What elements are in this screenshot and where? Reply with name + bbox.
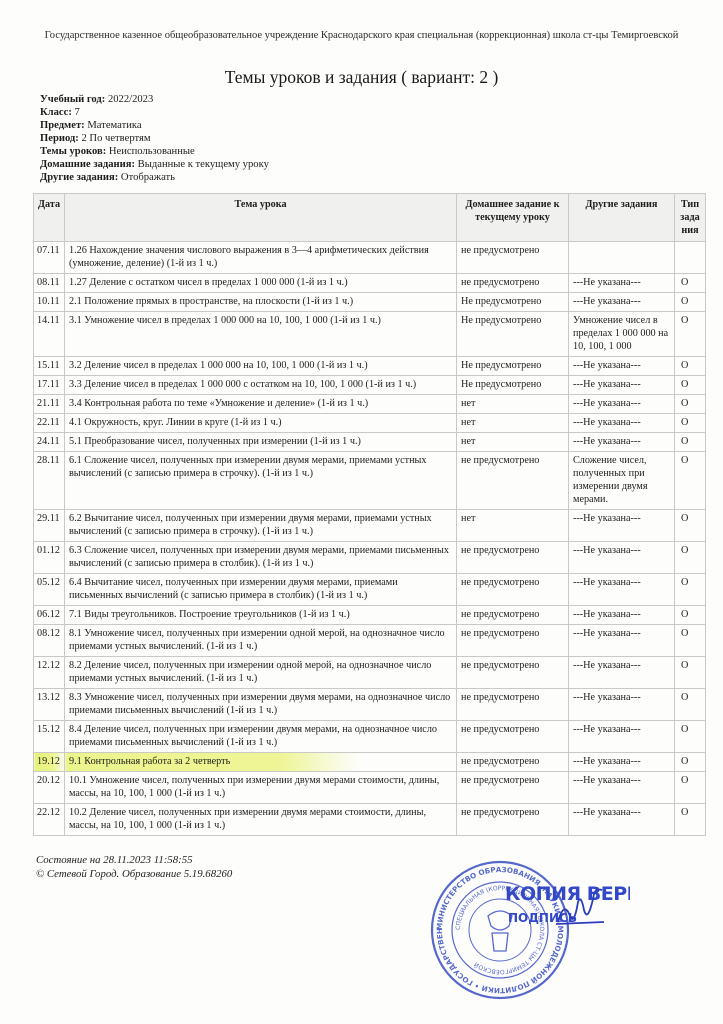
table-row: 06.127.1 Виды треугольников. Построение … (34, 606, 706, 625)
task-type-cell: O (675, 772, 706, 804)
table-row: 21.113.4 Контрольная работа по теме «Умн… (34, 395, 706, 414)
table-row: 07.111.26 Нахождение значения числового … (34, 242, 706, 274)
task-type-cell: O (675, 657, 706, 689)
parameter-value: Неиспользованные (106, 146, 194, 157)
table-row: 22.114.1 Окружность, круг. Линии в круге… (34, 414, 706, 433)
task-type-cell: O (675, 753, 706, 772)
lesson-topic: 8.2 Деление чисел, полученных при измере… (65, 657, 457, 689)
parameter-label: Класс: (40, 107, 72, 118)
task-type-cell: O (675, 433, 706, 452)
lesson-topic: 3.1 Умножение чисел в пределах 1 000 000… (65, 312, 457, 357)
parameter-value: 2 По четвертям (79, 133, 151, 144)
lesson-date: 14.11 (34, 312, 65, 357)
column-header-other-tasks: Другие задания (569, 194, 675, 242)
lesson-topic: 4.1 Окружность, круг. Линии в круге (1-й… (65, 414, 457, 433)
table-row: 17.113.3 Деление чисел в пределах 1 000 … (34, 376, 706, 395)
homework-cell: не предусмотрено (457, 753, 569, 772)
parameter-label: Темы уроков: (40, 146, 106, 157)
table-row: 13.128.3 Умножение чисел, полученных при… (34, 689, 706, 721)
column-header-date: Дата (34, 194, 65, 242)
task-type-cell: O (675, 452, 706, 510)
task-type-cell: O (675, 510, 706, 542)
homework-cell: нет (457, 433, 569, 452)
lesson-topic: 10.1 Умножение чисел, полученных при изм… (65, 772, 457, 804)
lesson-date: 19.12 (34, 753, 65, 772)
homework-cell: не предусмотрено (457, 542, 569, 574)
other-tasks-cell: ---Не указана--- (569, 753, 675, 772)
other-tasks-cell: ---Не указана--- (569, 606, 675, 625)
other-tasks-cell: ---Не указана--- (569, 357, 675, 376)
lesson-date: 08.11 (34, 274, 65, 293)
table-row: 08.128.1 Умножение чисел, полученных при… (34, 625, 706, 657)
table-row: 19.129.1 Контрольная работа за 2 четверт… (34, 753, 706, 772)
task-type-header-text: Типзадания (680, 199, 699, 236)
task-type-cell: O (675, 312, 706, 357)
copyright: © Сетевой Город. Образование 5.19.68260 (36, 867, 232, 881)
lesson-topic: 7.1 Виды треугольников. Построение треуг… (65, 606, 457, 625)
homework-cell: не предусмотрено (457, 804, 569, 836)
task-type-cell: O (675, 395, 706, 414)
parameter-label: Домашние задания: (40, 159, 135, 170)
lesson-date: 22.11 (34, 414, 65, 433)
parameter-label: Учебный год: (40, 94, 105, 105)
table-row: 10.112.1 Положение прямых в пространстве… (34, 293, 706, 312)
homework-cell: не предусмотрено (457, 242, 569, 274)
lesson-topic: 8.1 Умножение чисел, полученных при изме… (65, 625, 457, 657)
lesson-topic: 5.1 Преобразование чисел, полученных при… (65, 433, 457, 452)
organization-name: Государственное казенное общеобразовател… (40, 29, 683, 42)
table-row: 24.115.1 Преобразование чисел, полученны… (34, 433, 706, 452)
lesson-date: 12.12 (34, 657, 65, 689)
lesson-date: 17.11 (34, 376, 65, 395)
parameter-row: Другие задания: Отображать (40, 171, 269, 184)
other-tasks-cell (569, 242, 675, 274)
other-tasks-cell: Умножение чисел в пределах 1 000 000 на … (569, 312, 675, 357)
homework-cell: не предусмотрено (457, 625, 569, 657)
column-header-topic: Тема урока (65, 194, 457, 242)
table-row: 20.1210.1 Умножение чисел, полученных пр… (34, 772, 706, 804)
page-title: Темы уроков и задания ( вариант: 2 ) (0, 67, 723, 88)
parameter-value: Математика (85, 120, 142, 131)
lesson-date: 13.12 (34, 689, 65, 721)
parameter-row: Учебный год: 2022/2023 (40, 93, 269, 106)
other-tasks-cell: ---Не указана--- (569, 657, 675, 689)
parameter-row: Предмет: Математика (40, 119, 269, 132)
task-type-cell: O (675, 293, 706, 312)
lesson-date: 10.11 (34, 293, 65, 312)
lesson-date: 05.12 (34, 574, 65, 606)
lesson-topic: 1.27 Деление с остатком чисел в пределах… (65, 274, 457, 293)
lesson-date: 01.12 (34, 542, 65, 574)
table-row: 08.111.27 Деление с остатком чисел в пре… (34, 274, 706, 293)
homework-cell: не предусмотрено (457, 274, 569, 293)
lesson-topic: 1.26 Нахождение значения числового выраж… (65, 242, 457, 274)
other-tasks-cell: ---Не указана--- (569, 510, 675, 542)
other-tasks-cell: ---Не указана--- (569, 772, 675, 804)
lesson-topic: 8.3 Умножение чисел, полученных при изме… (65, 689, 457, 721)
status-timestamp: Состояние на 28.11.2023 11:58:55 (36, 853, 232, 867)
report-parameters: Учебный год: 2022/2023Класс: 7Предмет: М… (40, 93, 269, 184)
task-type-cell: O (675, 625, 706, 657)
homework-cell: нет (457, 414, 569, 433)
other-tasks-cell: ---Не указана--- (569, 433, 675, 452)
other-tasks-cell: ---Не указана--- (569, 804, 675, 836)
homework-cell: не предусмотрено (457, 689, 569, 721)
parameter-value: 2022/2023 (105, 94, 153, 105)
parameter-row: Период: 2 По четвертям (40, 132, 269, 145)
parameter-label: Предмет: (40, 120, 85, 131)
table-row: 05.126.4 Вычитание чисел, полученных при… (34, 574, 706, 606)
lesson-topic: 6.2 Вычитание чисел, полученных при изме… (65, 510, 457, 542)
other-tasks-cell: ---Не указана--- (569, 721, 675, 753)
task-type-cell: O (675, 274, 706, 293)
table-row: 12.128.2 Деление чисел, полученных при и… (34, 657, 706, 689)
lesson-topic: 10.2 Деление чисел, полученных при измер… (65, 804, 457, 836)
lesson-date: 15.12 (34, 721, 65, 753)
lesson-date: 20.12 (34, 772, 65, 804)
column-header-task-type: Типзадания (675, 194, 706, 242)
table-header-row: Дата Тема урока Домашнее задание к текущ… (34, 194, 706, 242)
task-type-cell: O (675, 574, 706, 606)
lesson-topic: 6.3 Сложение чисел, полученных при измер… (65, 542, 457, 574)
lesson-date: 06.12 (34, 606, 65, 625)
other-tasks-cell: ---Не указана--- (569, 395, 675, 414)
table-row: 15.128.4 Деление чисел, полученных при и… (34, 721, 706, 753)
official-stamp: МИНИСТЕРСТВО ОБРАЗОВАНИЯ, НАУКИ И МОЛОДЕ… (430, 838, 630, 1018)
lesson-topic: 3.4 Контрольная работа по теме «Умножени… (65, 395, 457, 414)
other-tasks-cell: ---Не указана--- (569, 574, 675, 606)
table-row: 14.113.1 Умножение чисел в пределах 1 00… (34, 312, 706, 357)
lesson-date: 28.11 (34, 452, 65, 510)
task-type-cell: O (675, 376, 706, 395)
lesson-date: 24.11 (34, 433, 65, 452)
homework-cell: не предусмотрено (457, 574, 569, 606)
lesson-topic: 6.4 Вычитание чисел, полученных при изме… (65, 574, 457, 606)
parameter-value: Отображать (118, 172, 175, 183)
lesson-topic: 8.4 Деление чисел, полученных при измере… (65, 721, 457, 753)
other-tasks-cell: ---Не указана--- (569, 542, 675, 574)
homework-cell: не предусмотрено (457, 452, 569, 510)
parameter-label: Другие задания: (40, 172, 118, 183)
other-tasks-cell: ---Не указана--- (569, 293, 675, 312)
other-tasks-cell: ---Не указана--- (569, 625, 675, 657)
footer: Состояние на 28.11.2023 11:58:55 © Сетев… (36, 853, 232, 881)
parameter-label: Период: (40, 133, 79, 144)
column-header-homework: Домашнее задание к текущему уроку (457, 194, 569, 242)
task-type-cell: O (675, 721, 706, 753)
homework-cell: не предусмотрено (457, 721, 569, 753)
table-row: 01.126.3 Сложение чисел, полученных при … (34, 542, 706, 574)
lessons-table: Дата Тема урока Домашнее задание к текущ… (33, 193, 706, 836)
lesson-topic: 3.2 Деление чисел в пределах 1 000 000 н… (65, 357, 457, 376)
task-type-cell: O (675, 689, 706, 721)
other-tasks-cell: ---Не указана--- (569, 689, 675, 721)
other-tasks-cell: ---Не указана--- (569, 414, 675, 433)
table-row: 28.116.1 Сложение чисел, полученных при … (34, 452, 706, 510)
table-row: 15.113.2 Деление чисел в пределах 1 000 … (34, 357, 706, 376)
parameter-row: Темы уроков: Неиспользованные (40, 145, 269, 158)
task-type-cell: O (675, 606, 706, 625)
homework-cell: не предусмотрено (457, 772, 569, 804)
lesson-topic: 6.1 Сложение чисел, полученных при измер… (65, 452, 457, 510)
task-type-cell: O (675, 804, 706, 836)
parameter-value: 7 (72, 107, 80, 118)
parameter-row: Домашние задания: Выданные к текущему ур… (40, 158, 269, 171)
task-type-cell: O (675, 542, 706, 574)
task-type-cell: O (675, 357, 706, 376)
other-tasks-cell: ---Не указана--- (569, 274, 675, 293)
homework-cell: не предусмотрено (457, 657, 569, 689)
homework-cell: Не предусмотрено (457, 376, 569, 395)
lesson-date: 08.12 (34, 625, 65, 657)
lesson-date: 21.11 (34, 395, 65, 414)
homework-cell: нет (457, 395, 569, 414)
lesson-date: 15.11 (34, 357, 65, 376)
lesson-date: 29.11 (34, 510, 65, 542)
parameter-row: Класс: 7 (40, 106, 269, 119)
task-type-cell (675, 242, 706, 274)
parameter-value: Выданные к текущему уроку (135, 159, 269, 170)
homework-cell: Не предусмотрено (457, 293, 569, 312)
other-tasks-cell: Сложение чисел, полученных при измерении… (569, 452, 675, 510)
lesson-date: 07.11 (34, 242, 65, 274)
lesson-topic: 9.1 Контрольная работа за 2 четверть (65, 753, 457, 772)
homework-cell: не предусмотрено (457, 606, 569, 625)
lesson-date: 22.12 (34, 804, 65, 836)
other-tasks-cell: ---Не указана--- (569, 376, 675, 395)
lesson-topic: 3.3 Деление чисел в пределах 1 000 000 с… (65, 376, 457, 395)
homework-cell: Не предусмотрено (457, 357, 569, 376)
stamp-copy-certified-text: КОПИЯ ВЕРНА (505, 883, 630, 905)
table-row: 29.116.2 Вычитание чисел, полученных при… (34, 510, 706, 542)
table-row: 22.1210.2 Деление чисел, полученных при … (34, 804, 706, 836)
homework-cell: нет (457, 510, 569, 542)
homework-cell: Не предусмотрено (457, 312, 569, 357)
lesson-topic: 2.1 Положение прямых в пространстве, на … (65, 293, 457, 312)
task-type-cell: O (675, 414, 706, 433)
